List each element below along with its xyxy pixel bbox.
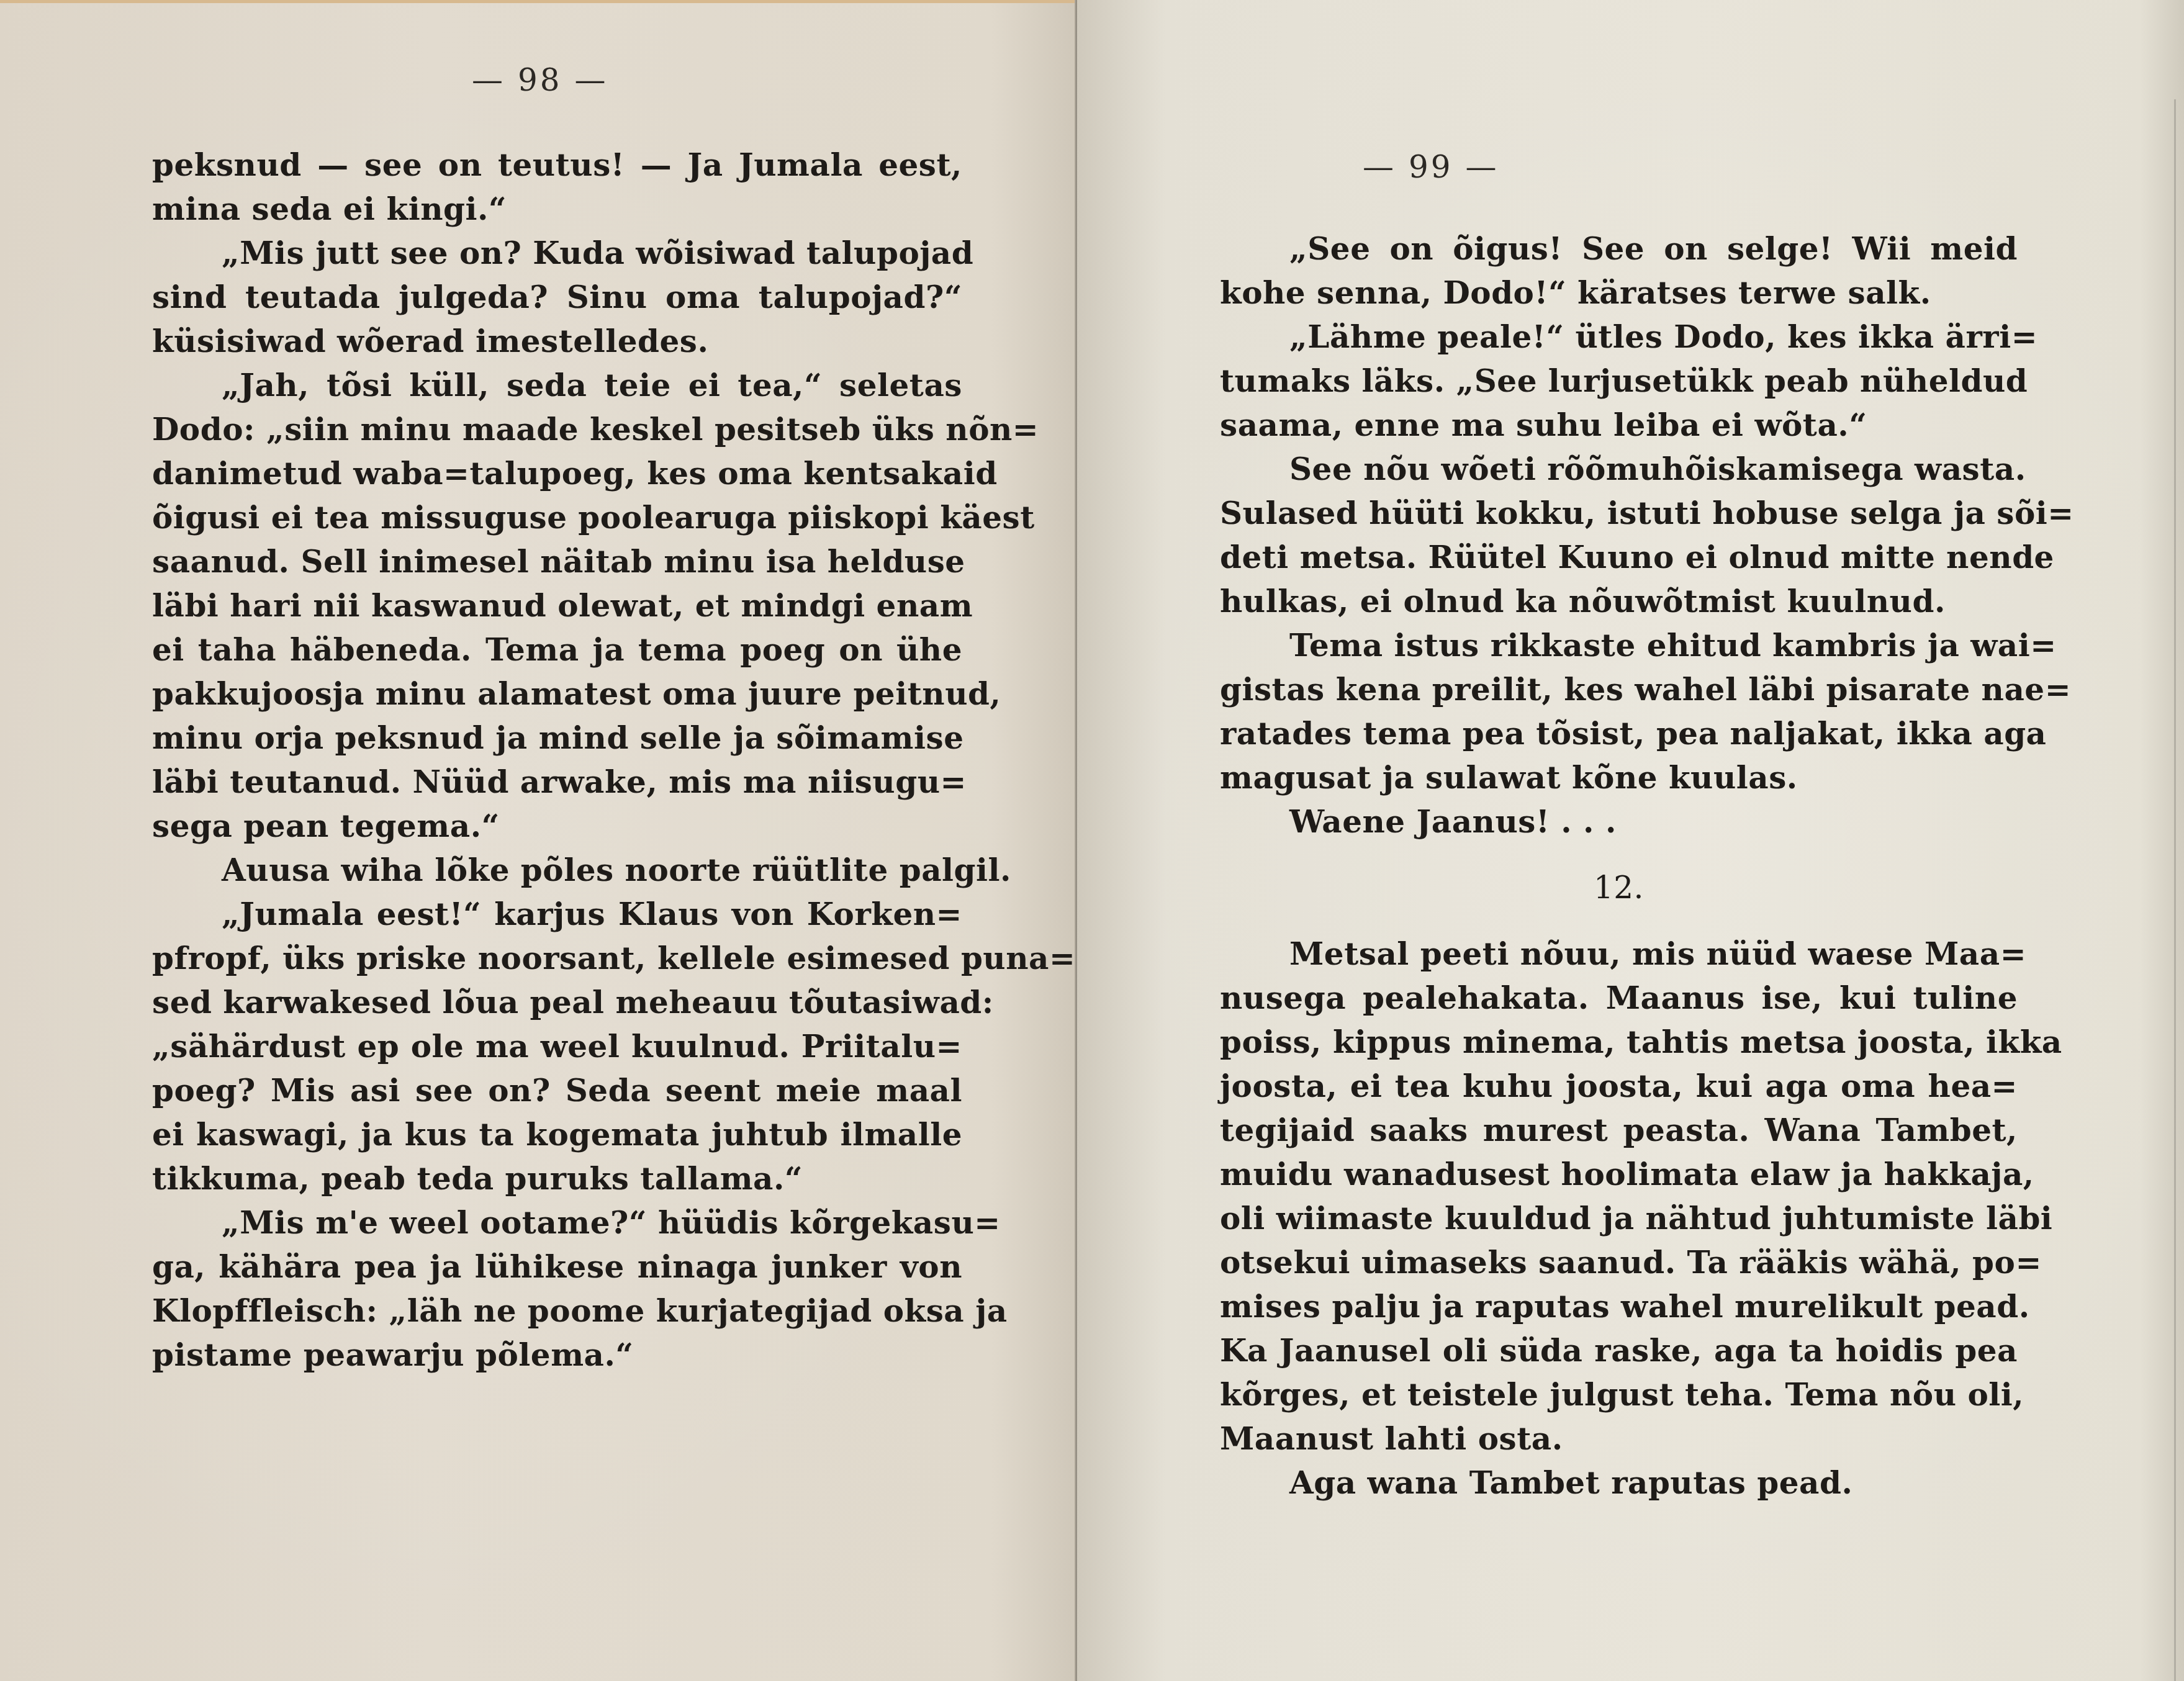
text-line: „Jah, tõsi küll, seda teie ei tea,“ sele… — [152, 363, 962, 407]
text-line: hulkas, ei olnud ka nõuwõtmist kuulnud. — [1220, 579, 2018, 623]
section-end-text: „See on õigus! See on selge! Wii meidkoh… — [1220, 227, 2018, 844]
left-page-text: peksnud — see on teutus! — Ja Jumala ees… — [152, 143, 962, 1377]
text-line: sed karwakesed lõua peal meheauu tõutasi… — [152, 980, 962, 1024]
text-line: oli wiimaste kuuldud ja nähtud juhtumist… — [1220, 1196, 2018, 1240]
text-line: deti metsa. Rüütel Kuuno ei olnud mitte … — [1220, 535, 2018, 579]
text-line: läbi hari nii kaswanud olewat, et mindgi… — [152, 584, 962, 628]
text-line: ei kaswagi, ja kus ta kogemata juhtub il… — [152, 1112, 962, 1156]
book-spread: — 98 — peksnud — see on teutus! — Ja Jum… — [0, 0, 2184, 1681]
text-line: Ka Jaanusel oli süda raske, aga ta hoidi… — [1220, 1328, 2018, 1372]
text-line: tikkuma, peab teda puruks tallama.“ — [152, 1156, 962, 1201]
left-page: — 98 — peksnud — see on teutus! — Ja Jum… — [0, 0, 1077, 1681]
text-line: Auusa wiha lõke põles noorte rüütlite pa… — [152, 848, 962, 892]
text-line: Maanust lahti osta. — [1220, 1417, 2018, 1461]
text-line: poiss, kippus minema, tahtis metsa joost… — [1220, 1020, 2018, 1064]
text-line: saanud. Sell inimesel näitab minu isa he… — [152, 539, 962, 584]
text-line: minu orja peksnud ja mind selle ja sõima… — [152, 716, 962, 760]
text-line: õigusi ei tea missuguse poolearuga piisk… — [152, 495, 962, 539]
text-line: „Mis jutt see on? Kuda wõisiwad talupoja… — [152, 231, 962, 275]
text-line: küsisiwad wõerad imestelledes. — [152, 319, 962, 363]
text-line: kõrges, et teistele julgust teha. Tema n… — [1220, 1372, 2018, 1417]
text-line: joosta, ei tea kuhu joosta, kui aga oma … — [1220, 1064, 2018, 1108]
right-page-text: „See on õigus! See on selge! Wii meidkoh… — [1220, 227, 2018, 1505]
text-line: mina seda ei kingi.“ — [152, 187, 962, 231]
chapter-12-text: Metsal peeti nõuu, mis nüüd waese Maa=nu… — [1220, 932, 2018, 1505]
text-line: magusat ja sulawat kõne kuulas. — [1220, 755, 2018, 800]
text-line: ratades tema pea tõsist, pea naljakat, i… — [1220, 711, 2018, 755]
text-line: Klopffleisch: „läh ne poome kurjategijad… — [152, 1289, 962, 1333]
text-line: peksnud — see on teutus! — Ja Jumala ees… — [152, 143, 962, 187]
text-line: gistas kena preilit, kes wahel läbi pisa… — [1220, 667, 2018, 711]
text-line: läbi teutanud. Nüüd arwake, mis ma niisu… — [152, 760, 962, 804]
text-line: pistame peawarju põlema.“ — [152, 1333, 962, 1377]
page-top-edge — [0, 0, 1077, 3]
text-line: „Jumala eest!“ karjus Klaus von Korken= — [152, 892, 962, 936]
text-line: „Mis m'e weel ootame?“ hüüdis kõrgekasu= — [152, 1201, 962, 1245]
text-line: Dodo: „siin minu maade keskel pesitseb ü… — [152, 407, 962, 451]
text-line: sega pean tegema.“ — [152, 804, 962, 848]
page-number-left: — 98 — — [472, 62, 608, 98]
text-line: See nõu wõeti rõõmuhõiskamisega wasta. — [1220, 447, 2018, 491]
text-line: Waene Jaanus! . . . — [1220, 800, 2018, 844]
text-line: Metsal peeti nõuu, mis nüüd waese Maa= — [1220, 932, 2018, 976]
text-line: muidu wanadusest hoolimata elaw ja hakka… — [1220, 1152, 2018, 1196]
page-number-right: — 99 — — [1363, 149, 1499, 185]
chapter-heading: 12. — [1220, 844, 2018, 932]
text-line: Aga wana Tambet raputas pead. — [1220, 1461, 2018, 1505]
text-line: mises palju ja raputas wahel murelikult … — [1220, 1284, 2018, 1328]
text-line: ei taha häbeneda. Tema ja tema poeg on ü… — [152, 628, 962, 672]
text-line: kohe senna, Dodo!“ käratses terwe salk. — [1220, 271, 2018, 315]
page-edge-line — [2174, 99, 2176, 1681]
text-line: danimetud waba=talupoeg, kes oma kentsak… — [152, 451, 962, 495]
text-line: otsekui uimaseks saanud. Ta rääkis wähä,… — [1220, 1240, 2018, 1284]
text-line: poeg? Mis asi see on? Seda seent meie ma… — [152, 1068, 962, 1112]
text-line: sind teutada julgeda? Sinu oma talupojad… — [152, 275, 962, 319]
text-line: pfropf, üks priske noorsant, kellele esi… — [152, 936, 962, 980]
text-line: saama, enne ma suhu leiba ei wõta.“ — [1220, 403, 2018, 447]
text-line: tegijaid saaks murest peasta. Wana Tambe… — [1220, 1108, 2018, 1152]
text-line: „sähärdust ep ole ma weel kuulnud. Priit… — [152, 1024, 962, 1068]
text-line: pakkujoosja minu alamatest oma juure pei… — [152, 672, 962, 716]
text-line: nusega pealehakata. Maanus ise, kui tuli… — [1220, 976, 2018, 1020]
text-line: „Lähme peale!“ ütles Dodo, kes ikka ärri… — [1220, 315, 2018, 359]
text-line: Sulased hüüti kokku, istuti hobuse selga… — [1220, 491, 2018, 535]
text-line: ga, kähära pea ja lühikese ninaga junker… — [152, 1245, 962, 1289]
text-line: tumaks läks. „See lurjusetükk peab nühel… — [1220, 359, 2018, 403]
right-page: — 99 — „See on õigus! See on selge! Wii … — [1077, 0, 2184, 1681]
text-line: Tema istus rikkaste ehitud kambris ja wa… — [1220, 623, 2018, 667]
text-line: „See on õigus! See on selge! Wii meid — [1220, 227, 2018, 271]
